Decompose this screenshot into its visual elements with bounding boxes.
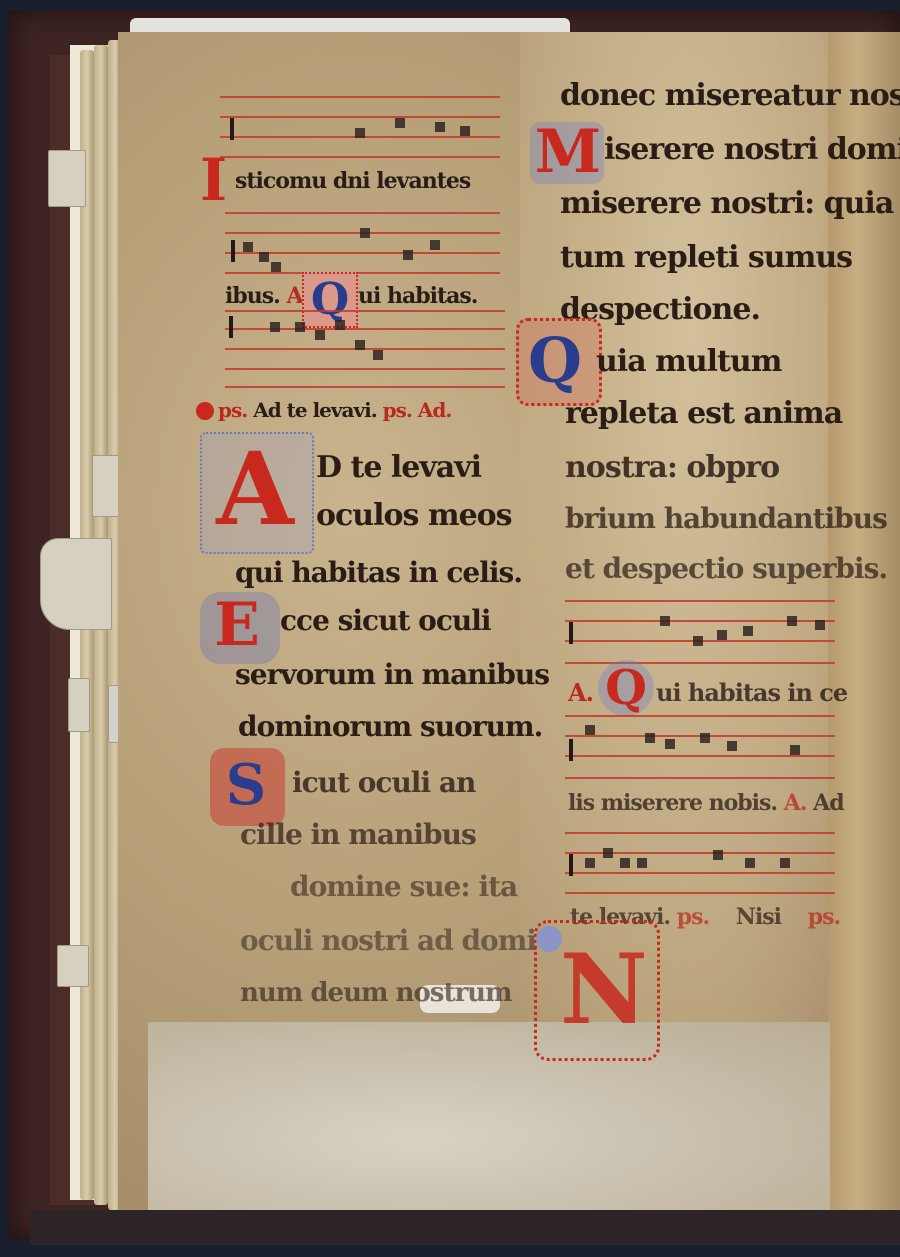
rubric-antiphon: A.	[568, 678, 593, 707]
text-line: uia multum	[596, 344, 781, 379]
lyric-line: ui habitas in ce	[656, 678, 847, 707]
text-line: et despectio superbis.	[565, 552, 887, 585]
lyric-prefix: ibus.	[225, 283, 280, 309]
decorated-initial-i: I	[200, 150, 227, 210]
box-rim	[30, 1210, 900, 1245]
text-line: cce sicut oculi	[280, 604, 491, 637]
lyric-line: sticomu dni levantes	[235, 168, 470, 194]
lyric-text: lis miserere nobis.	[568, 790, 777, 816]
clef-icon	[231, 240, 235, 262]
text-line: icut oculi an	[292, 766, 475, 799]
guard-tab	[68, 678, 90, 732]
text-line: num deum nostrum	[240, 978, 512, 1008]
text-line: servorum in manibus	[235, 658, 549, 691]
flourish-icon	[536, 926, 562, 952]
guard-tab	[48, 150, 86, 207]
decorated-initial-e: E	[206, 590, 268, 660]
rubric-psalm: ps.	[808, 904, 840, 930]
text-line: tum repleti sumus	[560, 240, 852, 275]
text-line: oculos meos	[316, 498, 512, 533]
lyric-line: ibus. A.	[225, 283, 309, 309]
lyric-line: lis miserere nobis. A. Ad	[568, 790, 844, 816]
rubric-psalm: ps. Ad.	[383, 398, 452, 422]
lyric-line: A.	[568, 678, 593, 707]
text-line: repleta est anima	[565, 396, 842, 431]
guard-tab	[57, 945, 89, 987]
decorated-initial-m: M	[534, 118, 602, 186]
text-line: brium habundantibus	[565, 502, 887, 535]
text-line: cille in manibus	[240, 818, 476, 851]
damaged-area	[148, 1022, 830, 1217]
incipit-text: Ad te levavi.	[253, 398, 376, 422]
text-line: domine sue: ita	[290, 870, 517, 903]
text-line: dominorum suorum.	[238, 710, 542, 743]
guard-tab	[40, 538, 112, 630]
decorated-initial-q: Q	[302, 272, 358, 328]
flourish-icon	[196, 402, 214, 420]
lyric-text: Ad	[813, 790, 843, 816]
text-line: donec misereatur nostri.	[560, 78, 900, 113]
rubric-psalm: ps.	[218, 398, 247, 422]
decorated-initial-n: N	[560, 940, 640, 1040]
rubric-line: ps. Ad te levavi. ps. Ad.	[198, 398, 451, 422]
clef-icon	[569, 854, 573, 876]
text-line: nostra: obpro	[565, 450, 779, 485]
text-line: D te levavi	[316, 450, 481, 485]
clef-icon	[569, 622, 573, 644]
rubric-psalm: ps.	[677, 904, 709, 930]
clef-icon	[230, 118, 234, 140]
lyric-text: Nisi	[736, 904, 781, 930]
rubric-antiphon: A.	[784, 790, 807, 816]
text-line: iserere nostri domine	[604, 132, 900, 167]
text-line: miserere nostri: quia mul	[560, 186, 900, 221]
clef-icon	[229, 316, 233, 338]
lyric-line: ui habitas.	[358, 283, 477, 309]
text-line: oculi nostri ad domi	[240, 924, 536, 957]
decorated-initial-s: S	[218, 752, 274, 818]
decorated-initial-q: Q	[598, 660, 654, 716]
decorated-initial-q: Q	[522, 326, 588, 396]
decorated-initial-a: A	[205, 430, 305, 548]
text-line: qui habitas in celis.	[235, 556, 522, 589]
clef-icon	[569, 739, 573, 761]
